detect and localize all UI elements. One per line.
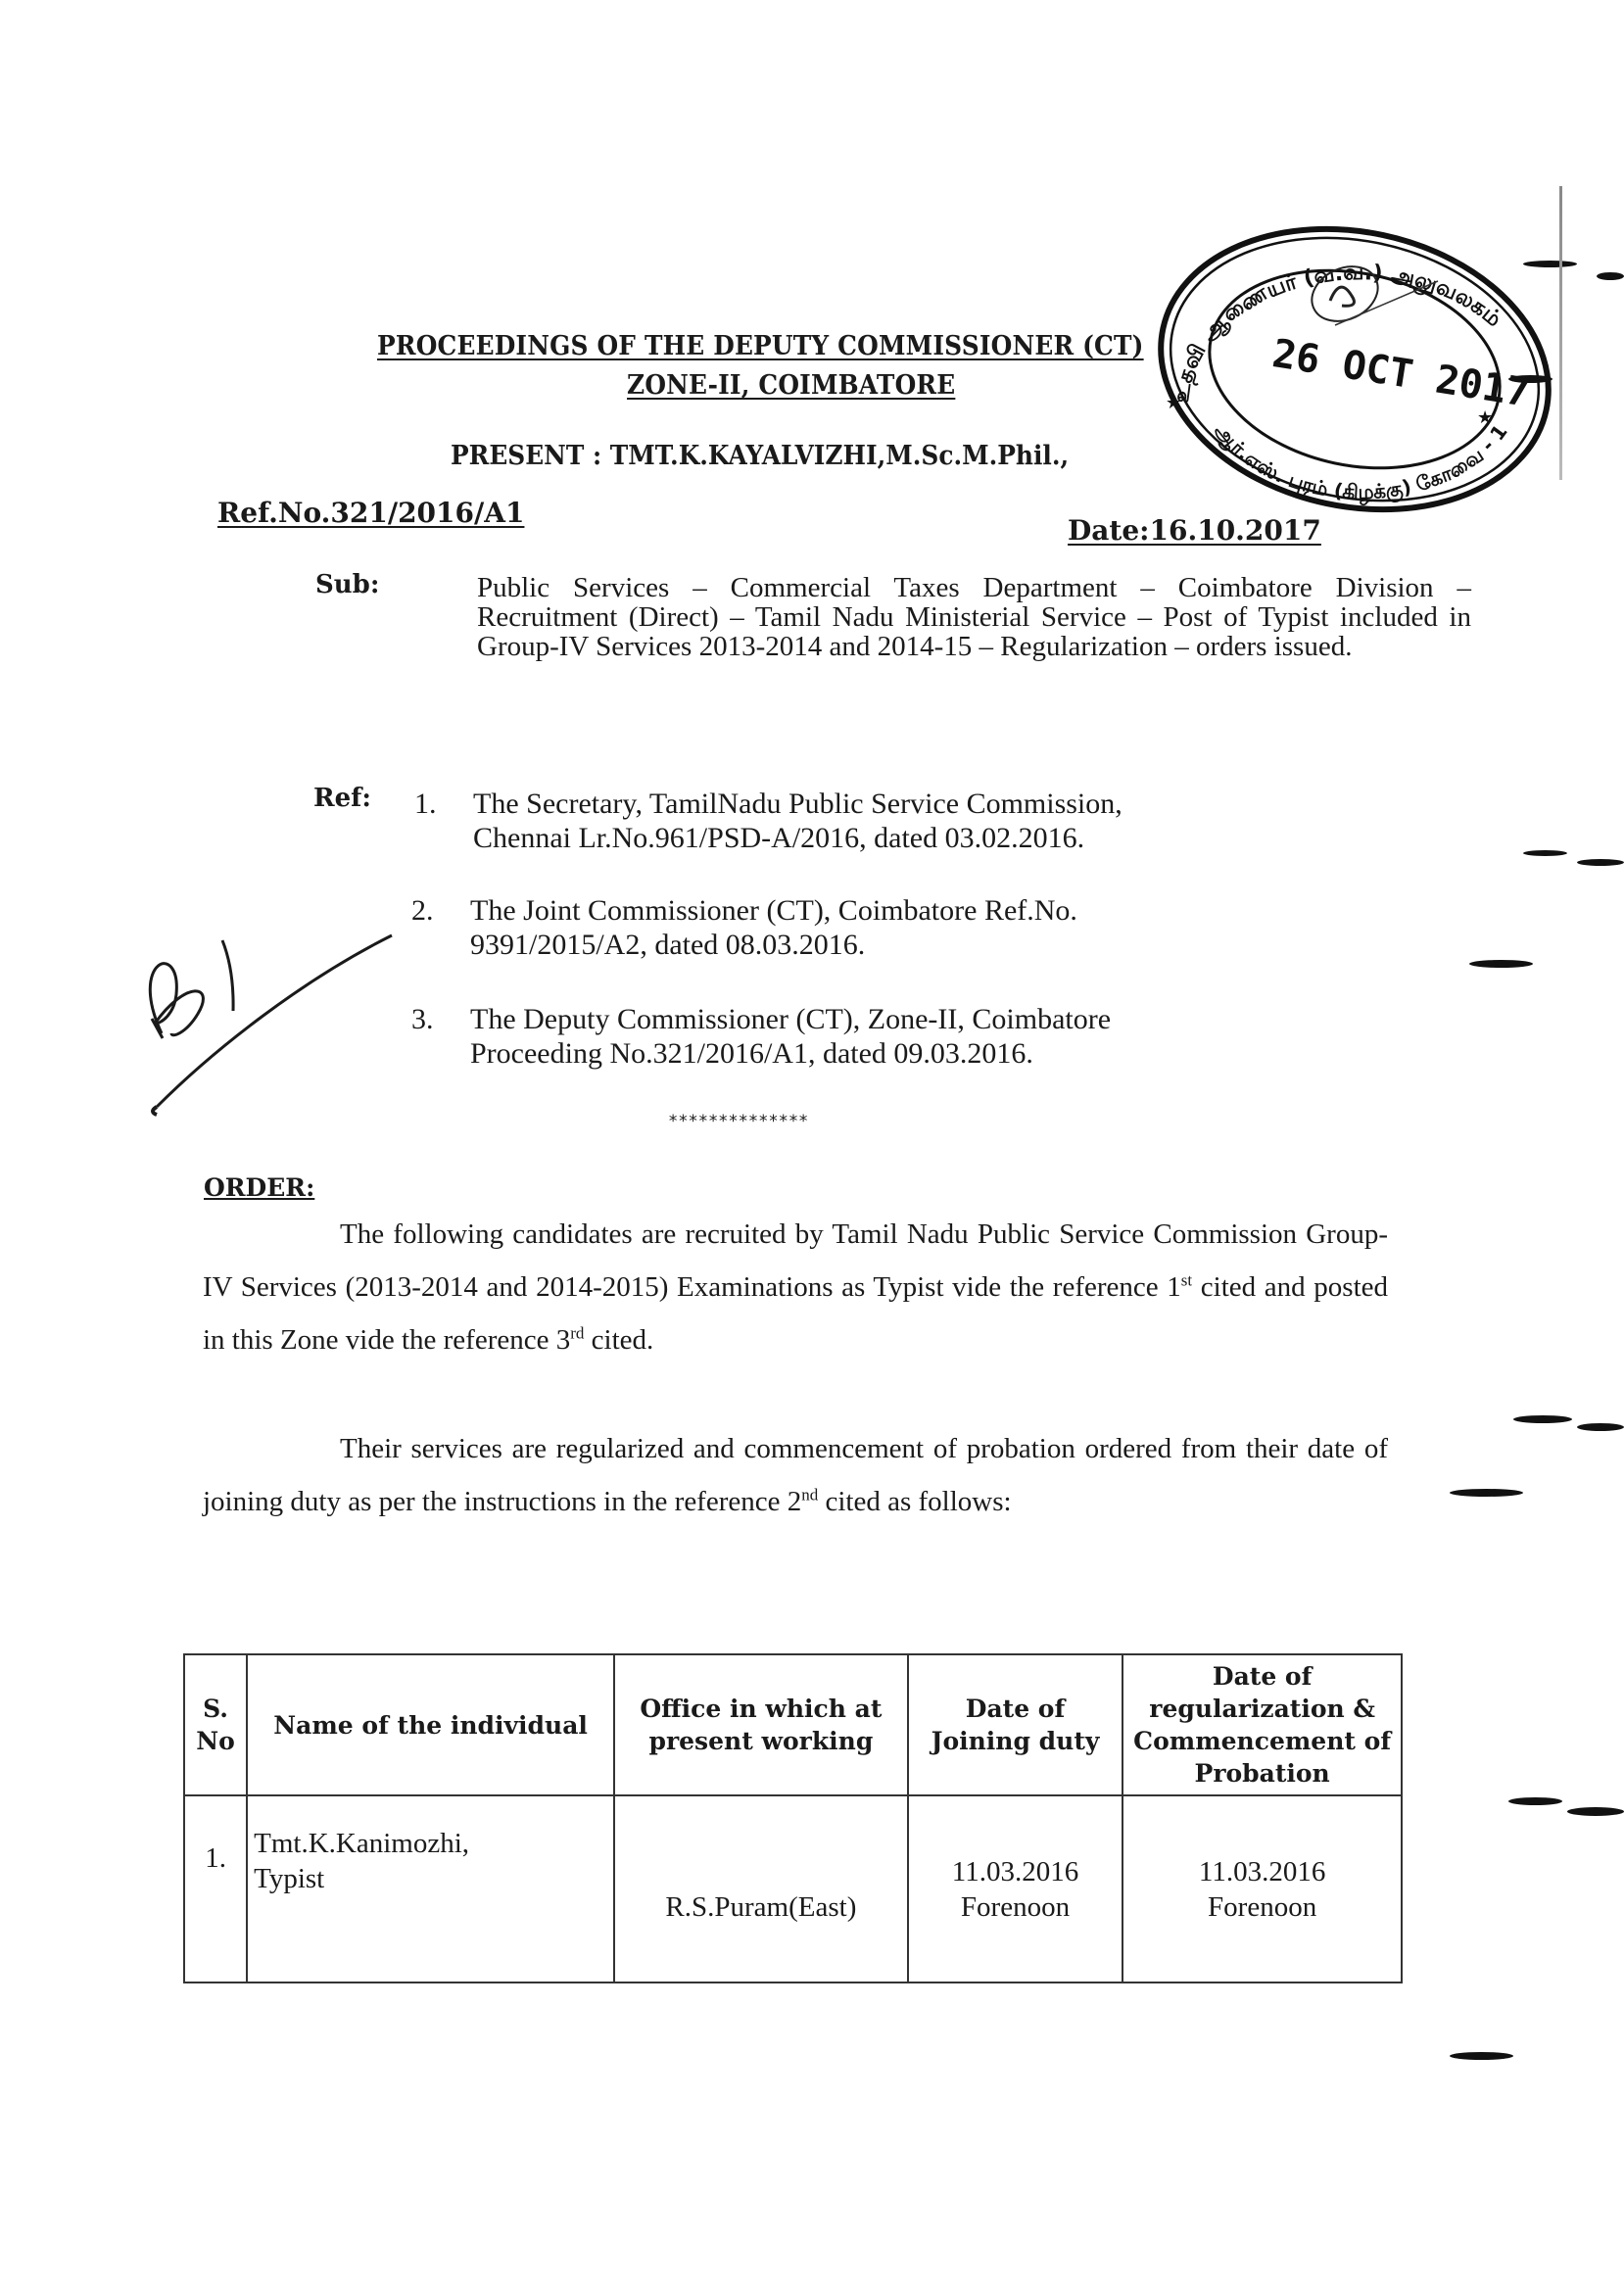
header-sno: S. No <box>184 1654 247 1795</box>
table-header-row: S. No Name of the individual Office in w… <box>184 1654 1402 1795</box>
proceedings-title-line1: PROCEEDINGS OF THE DEPUTY COMMISSIONER (… <box>377 331 1144 361</box>
reference-item: 3. The Deputy Commissioner (CT), Zone-II… <box>411 1002 1391 1080</box>
stamp-star-icon: ★ <box>1477 407 1493 428</box>
regularization-table: S. No Name of the individual Office in w… <box>183 1653 1403 1983</box>
proceedings-title-line2: ZONE-II, COIMBATORE <box>627 370 955 401</box>
stamp-date: 26 OCT 2017 <box>1269 331 1533 416</box>
cell-office: R.S.Puram(East) <box>614 1795 908 1982</box>
scan-mark <box>1523 261 1577 267</box>
stamp-star-icon: ★ <box>1166 393 1181 413</box>
section-separator: ************** <box>668 1112 808 1131</box>
scan-mark <box>1523 850 1567 856</box>
scan-mark <box>1513 1415 1572 1423</box>
scan-mark <box>1469 960 1533 968</box>
order-paragraph-1: The following candidates are recruited b… <box>203 1208 1388 1366</box>
cell-regularization-date: 11.03.2016 Forenoon <box>1122 1795 1402 1982</box>
subject-label: Sub: <box>315 570 379 599</box>
office-seal-stamp: உதவி ஆணையர் (வ.வ.) அலுவலகம் ஆர்.எஸ். புர… <box>1144 217 1555 521</box>
scan-edge-line <box>1559 186 1562 480</box>
scan-mark <box>1450 2052 1513 2060</box>
present-officer: PRESENT : TMT.K.KAYALVIZHI,M.Sc.M.Phil., <box>451 441 1069 471</box>
header-regularization-date: Date of regularization & Commencement of… <box>1122 1654 1402 1795</box>
order-label: ORDER: <box>204 1173 314 1202</box>
cell-joining-date: 11.03.2016 Forenoon <box>908 1795 1123 1982</box>
scan-mark <box>1597 272 1624 280</box>
scan-mark <box>1577 859 1624 866</box>
scan-mark <box>1577 1423 1624 1431</box>
scan-mark <box>1508 1797 1562 1805</box>
cell-sno: 1. <box>184 1795 247 1982</box>
scan-mark <box>1508 375 1552 383</box>
handwritten-annotation-b1 <box>127 901 421 1136</box>
reference-number: Ref.No.321/2016/A1 <box>217 497 524 529</box>
header-office: Office in which at present working <box>614 1654 908 1795</box>
subject-text: Public Services – Commercial Taxes Depar… <box>477 573 1471 661</box>
cell-name: Tmt.K.Kanimozhi, Typist <box>247 1795 614 1982</box>
table-row: 1. Tmt.K.Kanimozhi, Typist R.S.Puram(Eas… <box>184 1795 1402 1982</box>
header-name: Name of the individual <box>247 1654 614 1795</box>
header-joining-date: Date of Joining duty <box>908 1654 1123 1795</box>
scan-mark <box>1567 1807 1624 1816</box>
scan-mark <box>1450 1489 1523 1497</box>
references-label: Ref: <box>313 784 371 813</box>
reference-item: 1. The Secretary, TamilNadu Public Servi… <box>414 787 1394 865</box>
order-paragraph-2: Their services are regularized and comme… <box>203 1422 1388 1528</box>
reference-item: 2. The Joint Commissioner (CT), Coimbato… <box>411 893 1391 972</box>
